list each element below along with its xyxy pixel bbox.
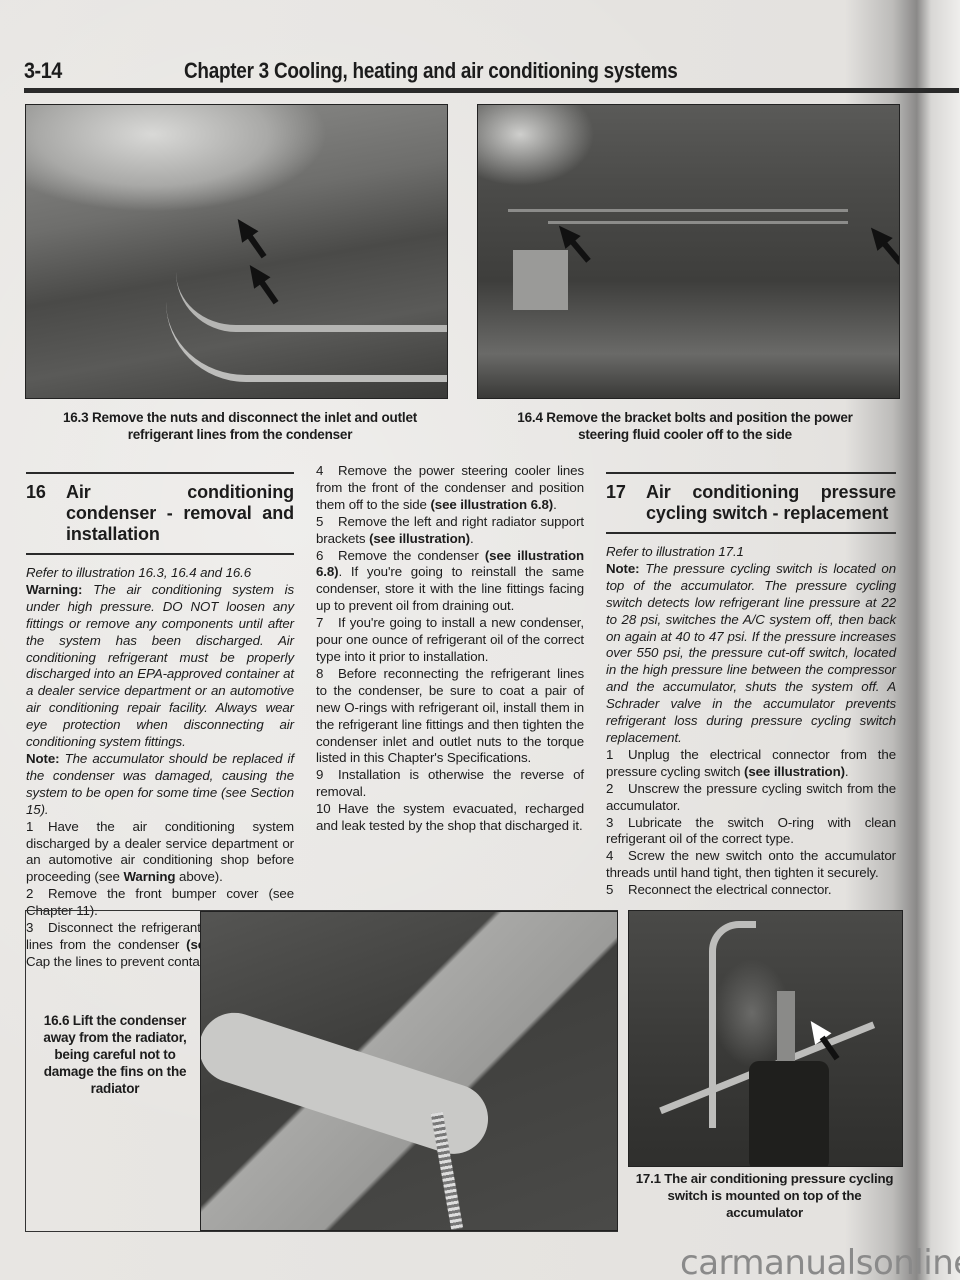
- step-text: Unscrew the pressure cycling switch from…: [606, 781, 896, 813]
- step-text: Remove the condenser: [338, 548, 485, 563]
- warning-text: The air conditioning system is under hig…: [26, 582, 294, 749]
- step-7: 7If you're going to install a new conden…: [316, 615, 584, 666]
- step-number: 2: [26, 886, 48, 903]
- arm: [200, 1004, 497, 1163]
- step-number: 5: [316, 514, 338, 531]
- step-text: .: [845, 764, 849, 779]
- caption-line: refrigerant lines from the condenser: [30, 426, 450, 443]
- step-text: Have the system evacuated, recharged and…: [316, 801, 584, 833]
- step-3: 3Lubricate the switch O-ring with clean …: [606, 815, 896, 849]
- step-number: 5: [606, 882, 628, 899]
- step-text: above).: [175, 869, 222, 884]
- step-1: 1Have the air conditioning system discha…: [26, 819, 294, 887]
- caption-16-3: 16.3 Remove the nuts and disconnect the …: [30, 409, 450, 443]
- column-1: 16 Air conditioning condenser - removal …: [26, 472, 294, 971]
- step-number: 8: [316, 666, 338, 683]
- watermark: carmanualsonline.info: [680, 1243, 960, 1280]
- step-text: Before reconnecting the refrigerant line…: [316, 666, 584, 766]
- step-text: .: [553, 497, 557, 512]
- page-header: 3-14 Chapter 3 Cooling, heating and air …: [24, 56, 959, 92]
- cooler-line: [508, 209, 848, 212]
- refer-to-illustration: Refer to illustration 17.1: [606, 544, 896, 561]
- column-2: 4Remove the power steering cooler lines …: [316, 463, 584, 835]
- cooler-line: [548, 221, 848, 224]
- step-bold: (see illustration 6.8): [430, 497, 553, 512]
- step-number: 1: [26, 819, 48, 836]
- step-1: 1Unplug the electrical connector from th…: [606, 747, 896, 781]
- note-text: The accumulator should be replaced if th…: [26, 751, 294, 817]
- step-number: 4: [606, 848, 628, 865]
- section-16-heading: 16 Air conditioning condenser - removal …: [26, 482, 294, 545]
- caption-line: 16.3 Remove the nuts and disconnect the …: [30, 409, 450, 426]
- section-number: 16: [26, 482, 66, 545]
- step-10: 10Have the system evacuated, recharged a…: [316, 801, 584, 835]
- arrow-icon: [802, 1015, 831, 1044]
- step-4: 4Screw the new switch onto the accumulat…: [606, 848, 896, 882]
- caption-line: steering fluid cooler off to the side: [470, 426, 900, 443]
- step-text: .: [470, 531, 474, 546]
- step-number: 9: [316, 767, 338, 784]
- section-title: Air conditioning pressure cycling switch…: [646, 482, 896, 524]
- step-text: Screw the new switch onto the accumulato…: [606, 848, 896, 880]
- step-bold: (see illustration): [744, 764, 845, 779]
- step-text: Lubricate the switch O-ring with clean r…: [606, 815, 896, 847]
- arrow-icon: [863, 221, 892, 251]
- step-number: 1: [606, 747, 628, 764]
- section-rule: [606, 472, 896, 474]
- note-label: Note:: [606, 561, 639, 576]
- step-text: Installation is otherwise the reverse of…: [316, 767, 584, 799]
- page-number: 3-14: [24, 58, 62, 84]
- step-2: 2Unscrew the pressure cycling switch fro…: [606, 781, 896, 815]
- step-8: 8Before reconnecting the refrigerant lin…: [316, 666, 584, 767]
- photo-16-4-power-steering-cooler: [477, 104, 900, 399]
- step-5: 5Reconnect the electrical connector.: [606, 882, 896, 899]
- step-number: 3: [606, 815, 628, 832]
- column-3: 17 Air conditioning pressure cycling swi…: [606, 472, 896, 899]
- caption-16-6: 16.6 Lift the condenser away from the ra…: [40, 1012, 190, 1097]
- note-paragraph: Note: The pressure cycling switch is loc…: [606, 561, 896, 747]
- section-rule: [26, 472, 294, 474]
- photo-16-3-condenser-lines: [25, 104, 448, 399]
- bracket: [513, 250, 568, 310]
- section-rule: [606, 532, 896, 534]
- step-number: 2: [606, 781, 628, 798]
- section-17-heading: 17 Air conditioning pressure cycling swi…: [606, 482, 896, 524]
- section-title: Air conditioning condenser - removal and…: [66, 482, 294, 545]
- step-number: 6: [316, 548, 338, 565]
- caption-16-4: 16.4 Remove the bracket bolts and positi…: [470, 409, 900, 443]
- warning-paragraph: Warning: The air conditioning system is …: [26, 582, 294, 751]
- note-label: Note:: [26, 751, 59, 766]
- step-text: . If you're going to reinstall the same …: [316, 564, 584, 613]
- header-rule: [24, 88, 959, 93]
- note-text: The pressure cycling switch is located o…: [606, 561, 896, 745]
- warning-label: Warning:: [26, 582, 82, 597]
- refrigerant-line-lower: [166, 255, 448, 382]
- step-4: 4Remove the power steering cooler lines …: [316, 463, 584, 514]
- step-6: 6Remove the condenser (see illustration …: [316, 548, 584, 616]
- chapter-title: Chapter 3 Cooling, heating and air condi…: [184, 58, 678, 84]
- pressure-switch: [777, 991, 795, 1061]
- step-9: 9Installation is otherwise the reverse o…: [316, 767, 584, 801]
- step-number: 7: [316, 615, 338, 632]
- refer-to-illustration: Refer to illustration 16.3, 16.4 and 16.…: [26, 565, 294, 582]
- note-paragraph: Note: The accumulator should be replaced…: [26, 751, 294, 819]
- step-text: If you're going to install a new condens…: [316, 615, 584, 664]
- section-number: 17: [606, 482, 646, 524]
- step-bold: Warning: [123, 869, 175, 884]
- step-5: 5Remove the left and right radiator supp…: [316, 514, 584, 548]
- step-text: Reconnect the electrical connector.: [628, 882, 831, 897]
- step-bold: (see illustration): [369, 531, 470, 546]
- caption-line: 16.4 Remove the bracket bolts and positi…: [470, 409, 900, 426]
- section-rule: [26, 553, 294, 555]
- photo-16-6-lift-condenser: [200, 911, 618, 1231]
- photo-17-1-pressure-switch: [628, 910, 903, 1167]
- step-number: 10: [316, 801, 338, 818]
- step-number: 4: [316, 463, 338, 480]
- caption-17-1: 17.1 The air conditioning pressure cycli…: [628, 1170, 901, 1221]
- accumulator: [749, 1061, 829, 1167]
